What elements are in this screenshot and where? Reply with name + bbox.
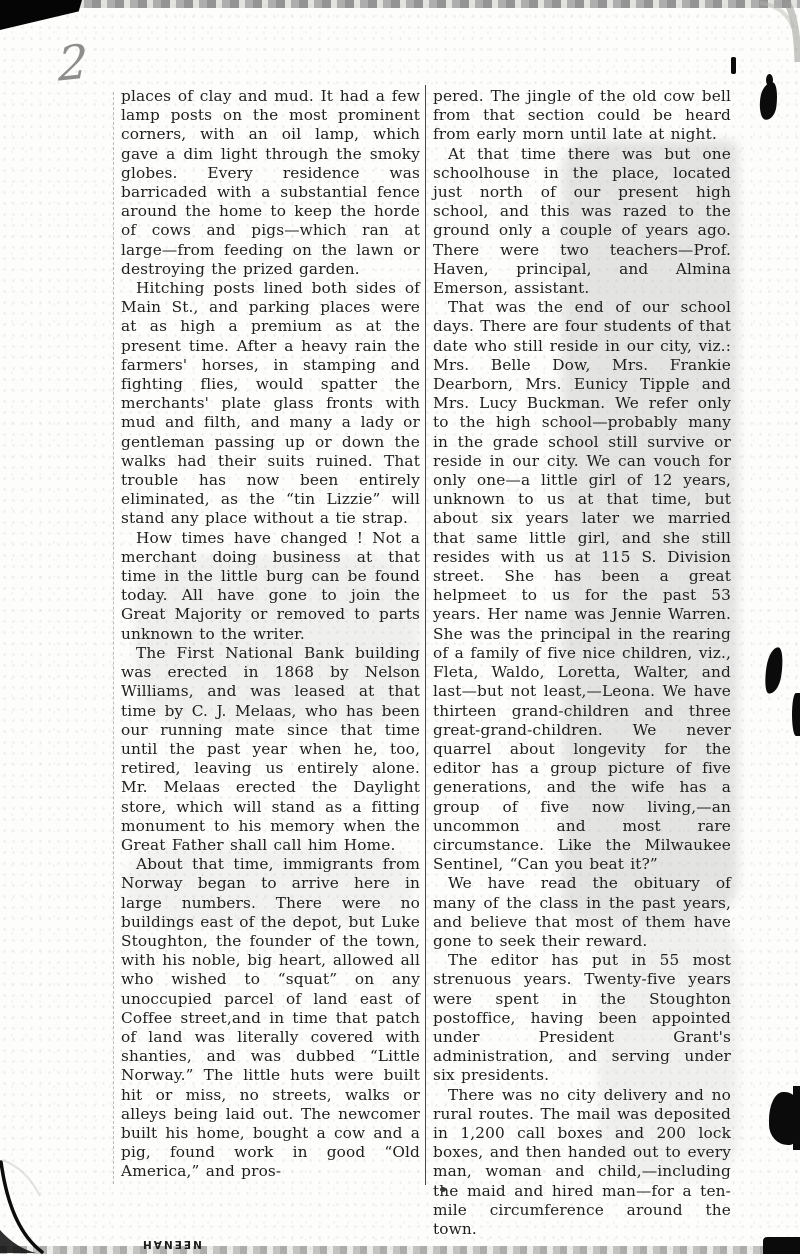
article-paragraph: Hitching posts lined both sides of Main …	[121, 279, 420, 529]
ink-blob	[792, 693, 800, 736]
handwritten-page-number: 2	[58, 34, 88, 92]
article-paragraph: We have read the obituary of many of the…	[433, 874, 731, 951]
article-paragraph: places of clay and mud. It had a few lam…	[121, 87, 420, 279]
ink-mark	[731, 57, 736, 74]
column-divider-rule	[425, 85, 426, 1185]
page-top-edge	[0, 0, 800, 8]
ink-blob-corner	[763, 1237, 800, 1254]
ink-blob	[758, 81, 780, 121]
article-paragraph: pered. The jingle of the old cow bell fr…	[433, 87, 731, 145]
article-column-left: places of clay and mud. It had a few lam…	[121, 87, 420, 1182]
article-paragraph: How times have changed ! Not a merchant …	[121, 529, 420, 644]
article-paragraph: The editor has put in 55 most strenuous …	[433, 951, 731, 1085]
ink-blob	[793, 1086, 800, 1150]
article-column-right: pered. The jingle of the old cow bell fr…	[433, 87, 731, 1239]
article-paragraph: There was no city delivery and no rural …	[433, 1086, 731, 1240]
article-paragraph: About that time, immigrants from Norway …	[121, 855, 420, 1181]
reversed-neenah-stamp: NEENAH	[141, 1238, 202, 1250]
clipping-edge-line	[735, 0, 737, 1254]
article-paragraph: The First National Bank building was ere…	[121, 644, 420, 855]
column-guide-line	[113, 92, 114, 1184]
ink-blob	[762, 646, 785, 695]
ink-speck	[440, 1187, 446, 1192]
article-paragraph: At that time there was but one schoolhou…	[433, 145, 731, 299]
article-paragraph: That was the end of our school days. The…	[433, 298, 731, 874]
corner-shadow-top-left	[0, 0, 82, 30]
page-bottom-edge	[0, 1246, 800, 1254]
